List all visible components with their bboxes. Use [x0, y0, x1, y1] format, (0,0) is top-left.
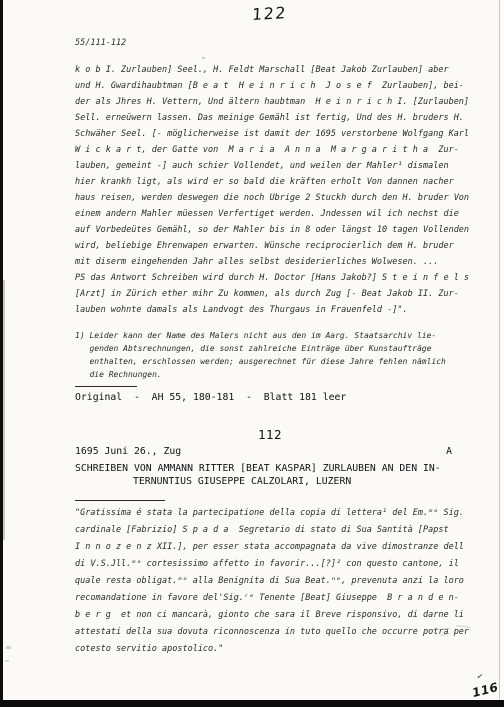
text-line: einem andern Mahler müessen Verfertiget … [75, 206, 469, 222]
doc-111-footnote: 1) Leider kann der Name des Malers nicht… [75, 329, 446, 381]
text-line: und H. Gwardihaubtman [B e a t H e i n r… [75, 78, 469, 94]
scan-border-bottom [0, 700, 504, 707]
text-line: quale resta obligat.ᵐᵒ alla Benignita di… [75, 573, 469, 590]
text-line: b e r g et non ci mancarà, gionto che sa… [75, 607, 469, 624]
doc-112-title-line-2: TERNUNTIUS GIUSEPPE CALZOLARI, LUZERN [133, 475, 351, 488]
text-line: "Gratissima é stata la partecipatione de… [75, 505, 469, 522]
doc-111-letter-body: k o b I. Zurlauben] Seel., H. Feldt Mars… [75, 62, 469, 318]
text-line: lauben wohnte damals als Landvogt des Th… [75, 302, 469, 318]
scan-page-edge-right [499, 0, 500, 700]
separator-rule [75, 500, 165, 501]
text-line: genden Abtsrechnungen, die sonst zahlrei… [75, 342, 446, 355]
text-line: cotesto servitio apostolico." [75, 641, 469, 658]
doc-112-date-place: 1695 Juni 26., Zug [75, 446, 181, 457]
text-line: auf Vorbedeütes Gemähl, so der Mahler bi… [75, 222, 469, 238]
text-line: Sell. erneüwern lassen. Das meinige Gemä… [75, 110, 469, 126]
text-line: [Arzt] in Zürich ether mihr Zu kommen, a… [75, 286, 469, 302]
text-line: mit diserm eingehenden Jahr alles selbst… [75, 254, 469, 270]
scan-smudge-left [3, 280, 5, 540]
text-line: enthalten, erschlossen werden; ausgerech… [75, 355, 446, 368]
handwritten-checkmark: ✓ [476, 672, 483, 683]
doc-112-siglum: A [446, 446, 452, 457]
text-line: PS das Antwort Schreiben wird durch H. D… [75, 270, 469, 286]
doc-112-number: 112 [75, 427, 465, 442]
scan-speck [6, 646, 11, 649]
text-line: haus reisen, werden deswegen die noch Ub… [75, 190, 469, 206]
text-line: 1) Leider kann der Name des Malers nicht… [75, 329, 446, 342]
text-line: cardinale [Fabrizio] S p a d a Segretari… [75, 522, 469, 539]
doc-112-title-line-1: SCHREIBEN VON AMMANN RITTER [BEAT KASPAR… [75, 462, 441, 475]
text-line: recomandatione in favore del'Sig.ʳᵉ Tene… [75, 590, 469, 607]
text-line: wird, beliebige Ehrenwapen erwarten. Wün… [75, 238, 469, 254]
doc-112-date-row: 1695 Juni 26., Zug A [75, 446, 452, 457]
text-line: lauben, gemeint -] auch schier Vollendet… [75, 158, 469, 174]
text-line: I n n o z e n z XII.], per esser stata a… [75, 539, 469, 556]
text-line: hier krankh ligt, als wird er so bald di… [75, 174, 469, 190]
handwritten-page-number-top: 122 [252, 3, 288, 24]
text-line: die Rechnungen. [75, 368, 446, 381]
handwritten-page-number-bottom: 116 [471, 680, 500, 700]
scan-speck [202, 57, 205, 59]
text-line: k o b I. Zurlauben] Seel., H. Feldt Mars… [75, 62, 469, 78]
text-line: attestati della sua dovuta riconnoscenza… [75, 624, 469, 641]
scanned-document-page: { "page_numbers": { "handwritten_top": "… [0, 0, 504, 707]
doc-112-letter-body: "Gratissima é stata la partecipatione de… [75, 505, 469, 658]
text-line: Schwäher Seel. [- möglicherweise ist dam… [75, 126, 469, 142]
separator-rule [75, 386, 137, 387]
text-line: di V.S.Jll.ᵐᵃ cortesissimo affetto in fa… [75, 556, 469, 573]
archive-reference: 55/111-112 [75, 38, 126, 48]
scan-speck [5, 660, 9, 662]
doc-111-provenance-line: Original - AH 55, 180-181 - Blatt 181 le… [75, 391, 346, 405]
text-line: W i c k a r t, der Gatte von M a r i a A… [75, 142, 469, 158]
text-line: der als Jhres H. Vettern, Und ältern hau… [75, 94, 469, 110]
